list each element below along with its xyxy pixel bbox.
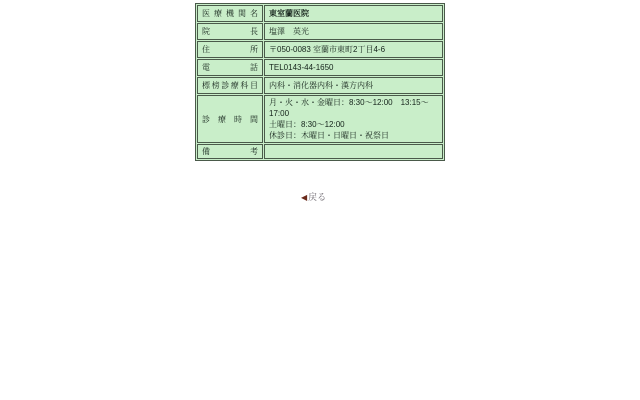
- row-value-departments: 内科・消化器内科・漢方内科: [264, 77, 443, 94]
- hours-line: 月・火・水・金曜日：8:30〜12:00 13:15〜: [269, 97, 438, 108]
- back-link[interactable]: ◀戻る: [301, 192, 326, 202]
- table-row-remarks: 備考: [197, 144, 443, 159]
- hours-line: 土曜日：8:30〜12:00: [269, 119, 438, 130]
- row-value-director: 塩澤 英光: [264, 23, 443, 40]
- row-value-hours: 月・火・水・金曜日：8:30〜12:00 13:15〜 17:00 土曜日：8:…: [264, 95, 443, 143]
- row-value-telephone: TEL0143-44-1650: [264, 59, 443, 76]
- back-link-row: ◀戻る: [0, 187, 640, 205]
- row-label: 住所: [197, 41, 263, 58]
- back-link-label: 戻る: [308, 192, 326, 202]
- row-value-institution-name: 東室蘭医院: [264, 5, 443, 22]
- hospital-info-table: 医療機関名 東室蘭医院 院長 塩澤 英光 住所 〒050-0083 室蘭市東町2…: [195, 3, 445, 161]
- table-row-telephone: 電話 TEL0143-44-1650: [197, 59, 443, 76]
- row-label: 電話: [197, 59, 263, 76]
- table-row-director: 院長 塩澤 英光: [197, 23, 443, 40]
- table-row-institution-name: 医療機関名 東室蘭医院: [197, 5, 443, 22]
- table-row-hours: 診療時間 月・火・水・金曜日：8:30〜12:00 13:15〜 17:00 土…: [197, 95, 443, 143]
- hours-line: 17:00: [269, 108, 438, 119]
- row-label: 診療時間: [197, 95, 263, 143]
- hours-line: 休診日：木曜日・日曜日・祝祭日: [269, 130, 438, 141]
- row-label: 医療機関名: [197, 5, 263, 22]
- page: { "window": { "background": "#ffffff" },…: [0, 0, 640, 400]
- row-label: 標榜診療科目: [197, 77, 263, 94]
- row-value-remarks: [264, 144, 443, 159]
- row-value-address: 〒050-0083 室蘭市東町2丁目4-6: [264, 41, 443, 58]
- back-arrow-icon: ◀: [301, 193, 307, 202]
- table-row-departments: 標榜診療科目 内科・消化器内科・漢方内科: [197, 77, 443, 94]
- row-label: 院長: [197, 23, 263, 40]
- table-row-address: 住所 〒050-0083 室蘭市東町2丁目4-6: [197, 41, 443, 58]
- row-label: 備考: [197, 144, 263, 159]
